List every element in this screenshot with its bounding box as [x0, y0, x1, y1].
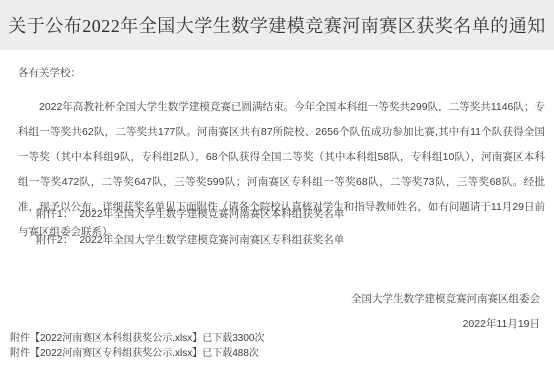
- download-attachment-list: 附件【2022河南赛区本科组获奖公示.xlsx】已下载3300次 附件【2022…: [10, 331, 265, 361]
- download-2-label: 附件: [10, 348, 30, 359]
- salutation: 各有关学校：: [18, 65, 81, 80]
- download-row-2: 附件【2022河南赛区专科组获奖公示.xlsx】已下载488次: [10, 346, 265, 361]
- download-1-count: 已下载3300次: [202, 333, 264, 344]
- attachment-2-label: 附件2：: [36, 234, 73, 246]
- download-1-label: 附件: [10, 333, 30, 344]
- page-title: 关于公布2022年全国大学生数学建模竞赛河南赛区获奖名单的通知: [8, 12, 546, 38]
- title-band: 关于公布2022年全国大学生数学建模竞赛河南赛区获奖名单的通知: [0, 0, 554, 50]
- download-1-file-link[interactable]: 【2022河南赛区本科组获奖公示.xlsx】: [30, 333, 202, 344]
- attachment-list: 附件1：2022年全国大学生数学建模竞赛河南赛区本科组获奖名单 附件2：2022…: [36, 201, 344, 253]
- attachment-item-2: 附件2：2022年全国大学生数学建模竞赛河南赛区专科组获奖名单: [36, 227, 344, 253]
- notice-page: 关于公布2022年全国大学生数学建模竞赛河南赛区获奖名单的通知 各有关学校： 2…: [0, 0, 554, 367]
- signature-date: 2022年11月19日: [463, 316, 540, 331]
- attachment-item-1: 附件1：2022年全国大学生数学建模竞赛河南赛区本科组获奖名单: [36, 201, 344, 227]
- download-2-file-link[interactable]: 【2022河南赛区专科组获奖公示.xlsx】: [30, 348, 202, 359]
- download-2-count: 已下载488次: [202, 348, 259, 359]
- attachment-1-title: 2022年全国大学生数学建模竞赛河南赛区本科组获奖名单: [79, 208, 344, 220]
- attachment-1-label: 附件1：: [36, 208, 73, 220]
- signature-organization: 全国大学生数学建模竞赛河南赛区组委会: [351, 291, 540, 306]
- attachment-2-title: 2022年全国大学生数学建模竞赛河南赛区专科组获奖名单: [79, 234, 344, 246]
- download-row-1: 附件【2022河南赛区本科组获奖公示.xlsx】已下载3300次: [10, 331, 265, 346]
